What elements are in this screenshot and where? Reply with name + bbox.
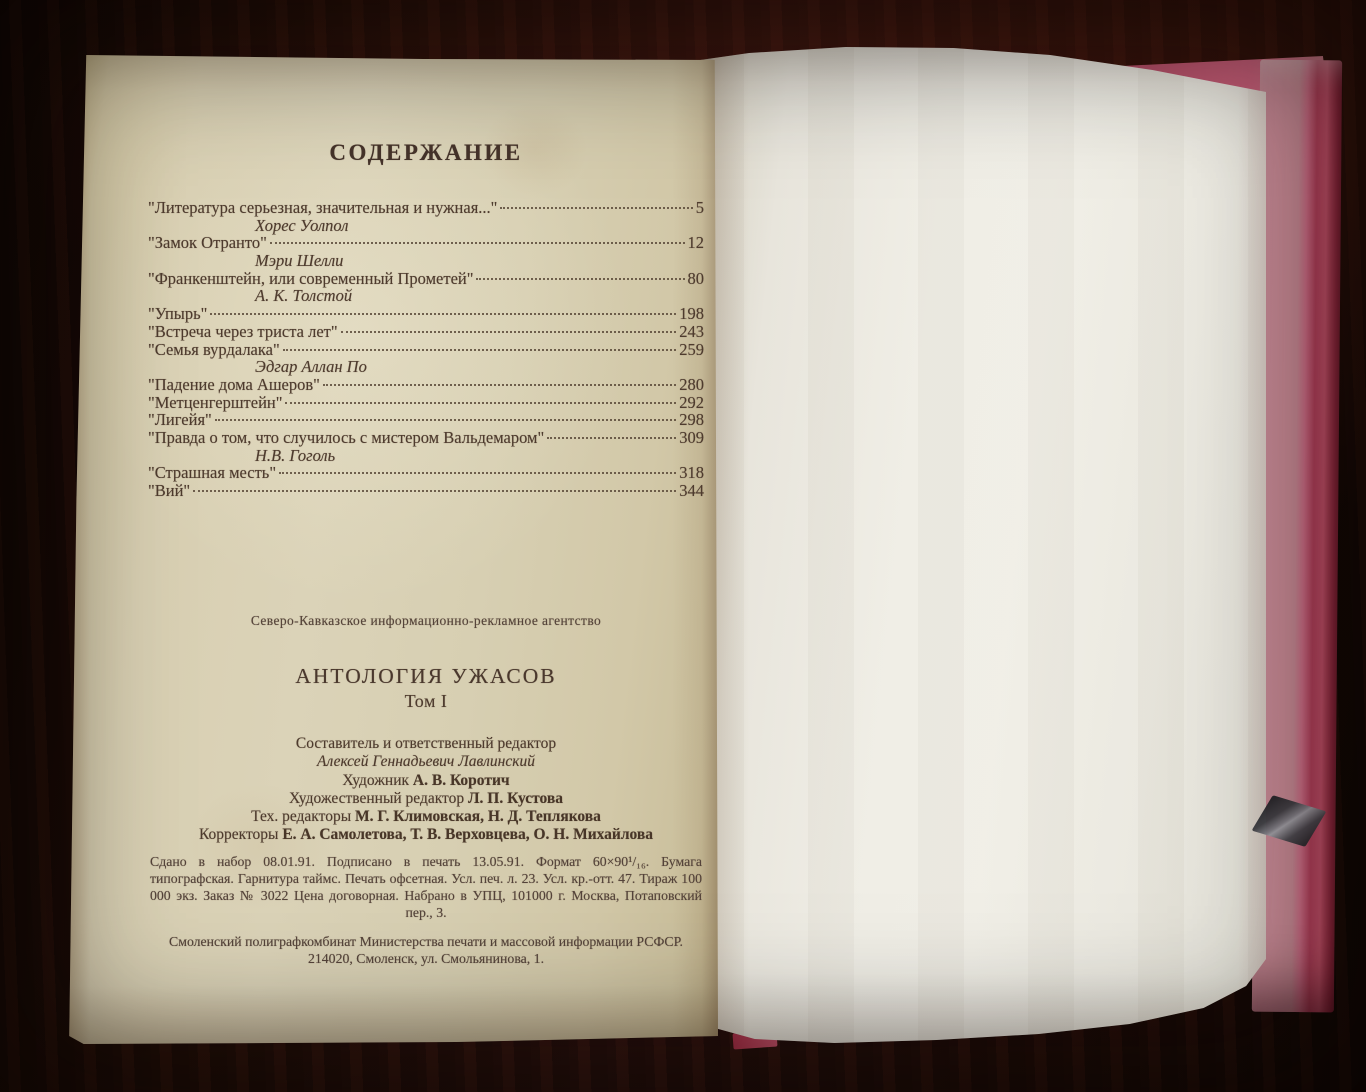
toc-entry-page: 80 (688, 270, 705, 288)
toc-entry: "Падение дома Ашеров" 280 (148, 376, 704, 394)
toc-leader-dots (341, 331, 677, 333)
credit-art-editor: Художественный редактор Л. П. Кустова (148, 790, 704, 808)
toc-entry-title: "Лигейя" (148, 411, 212, 429)
toc-entry-page: 292 (679, 394, 704, 412)
toc-entry-title: "Литература серьезная, значительная и ну… (148, 199, 497, 217)
credit-artist-name: А. В. Коротич (413, 772, 510, 789)
credit-art-editor-label: Художественный редактор (289, 790, 464, 807)
toc-entry: "Замок Отранто" 12 (148, 234, 704, 252)
credit-proofreaders: Корректоры Е. А. Самолетова, Т. В. Верхо… (148, 826, 704, 844)
toc-entry: "Встреча через триста лет" 243 (148, 323, 704, 341)
toc-entry-page: 318 (679, 464, 704, 482)
toc-leader-dots (285, 402, 676, 404)
toc-entry: "Лигейя" 298 (148, 411, 704, 429)
credit-role-line: Составитель и ответственный редактор (148, 735, 704, 753)
credit-art-editor-name: Л. П. Кустова (468, 790, 563, 807)
toc-entry: "Вий" 344 (148, 482, 704, 500)
toc-author: А. К. Толстой (148, 287, 704, 305)
toc-entry-title: "Падение дома Ашеров" (148, 376, 320, 394)
toc-leader-dots (279, 472, 676, 474)
credit-proofreaders-label: Корректоры (199, 826, 279, 843)
toc-entry-title: "Встреча через триста лет" (148, 323, 338, 341)
toc-author: Эдгар Аллан По (148, 358, 704, 376)
credit-artist-label: Художник (342, 772, 409, 789)
imprint-paragraph: Сдано в набор 08.01.91. Подписано в печа… (150, 854, 702, 922)
toc-entry-title: "Страшная месть" (148, 464, 276, 482)
toc-entry-title: "Франкенштейн, или современный Прометей" (148, 270, 473, 288)
printer-block: Смоленский полиграфкомбинат Министерства… (148, 934, 704, 968)
printer-line2: 214020, Смоленск, ул. Смольянинова, 1. (148, 951, 704, 968)
toc-entry-page: 298 (679, 411, 704, 429)
credit-proofreaders-names: Е. А. Самолетова, Т. В. Верховцева, О. Н… (282, 826, 653, 843)
toc-entry: "Метценгерштейн" 292 (148, 394, 704, 412)
toc-author: Хорес Уолпол (148, 217, 704, 235)
publisher-agency-line: Северо-Кавказское информационно-рекламно… (148, 613, 704, 629)
toc-entry: "Франкенштейн, или современный Прометей"… (148, 270, 704, 288)
toc-leader-dots (500, 207, 692, 209)
book-photo: СОДЕРЖАНИЕ "Литература серьезная, значит… (0, 0, 1366, 1092)
toc-entry-title: "Упырь" (148, 305, 207, 323)
toc-leader-dots (547, 437, 676, 439)
contents-text-column: СОДЕРЖАНИЕ "Литература серьезная, значит… (148, 50, 704, 1046)
book-title: АНТОЛОГИЯ УЖАСОВ (148, 664, 704, 689)
contents-title: СОДЕРЖАНИЕ (148, 140, 704, 166)
contents-page: СОДЕРЖАНИЕ "Литература серьезная, значит… (64, 50, 718, 1046)
credit-tech-editors: Тех. редакторы М. Г. Климовская, Н. Д. Т… (148, 808, 704, 826)
toc-entry-title: "Семья вурдалака" (148, 341, 280, 359)
toc-entry-page: 12 (688, 234, 705, 252)
credit-tech-editors-label: Тех. редакторы (251, 808, 351, 825)
toc-author-name: Хорес Уолпол (255, 217, 348, 235)
toc-entry-page: 280 (679, 376, 704, 394)
toc-entry-title: "Вий" (148, 482, 190, 500)
printer-line1: Смоленский полиграфкомбинат Министерства… (148, 934, 704, 951)
credit-tech-editors-names: М. Г. Климовская, Н. Д. Теплякова (355, 808, 601, 825)
toc-leader-dots (270, 242, 685, 244)
toc-leader-dots (323, 384, 676, 386)
toc-author: Мэри Шелли (148, 252, 704, 270)
toc-author-name: Н.В. Гоголь (255, 447, 335, 465)
toc-author-name: А. К. Толстой (255, 287, 352, 305)
toc-entry-title: "Метценгерштейн" (148, 394, 282, 412)
toc-entry-title: "Замок Отранто" (148, 234, 267, 252)
toc-author-name: Эдгар Аллан По (255, 358, 367, 376)
toc-entry-page: 259 (679, 341, 704, 359)
volume-label: Том I (148, 691, 704, 712)
toc-leader-dots (210, 313, 676, 315)
toc-entry-page: 309 (679, 429, 704, 447)
toc-leader-dots (283, 349, 677, 351)
credits-block: Составитель и ответственный редактор Але… (148, 735, 704, 845)
blank-page (698, 44, 1266, 1044)
toc-entry-page: 5 (696, 199, 704, 217)
toc-entry-page: 344 (679, 482, 704, 500)
toc-leader-dots (476, 278, 684, 280)
toc-entry: "Страшная месть" 318 (148, 464, 704, 482)
toc-entry: "Семья вурдалака" 259 (148, 341, 704, 359)
toc-leader-dots (193, 490, 676, 492)
toc-leader-dots (215, 419, 676, 421)
toc-entry-page: 198 (679, 305, 704, 323)
toc-entry-page: 243 (679, 323, 704, 341)
toc-entry-title: "Правда о том, что случилось с мистером … (148, 429, 544, 447)
toc-entry: "Литература серьезная, значительная и ну… (148, 199, 704, 217)
credit-artist: Художник А. В. Коротич (148, 772, 704, 790)
table-of-contents: "Литература серьезная, значительная и ну… (148, 199, 704, 500)
toc-entry: "Упырь" 198 (148, 305, 704, 323)
toc-author: Н.В. Гоголь (148, 447, 704, 465)
credit-compiler-name: Алексей Геннадьевич Лавлинский (148, 753, 704, 771)
toc-author-name: Мэри Шелли (255, 252, 343, 270)
toc-entry: "Правда о том, что случилось с мистером … (148, 429, 704, 447)
